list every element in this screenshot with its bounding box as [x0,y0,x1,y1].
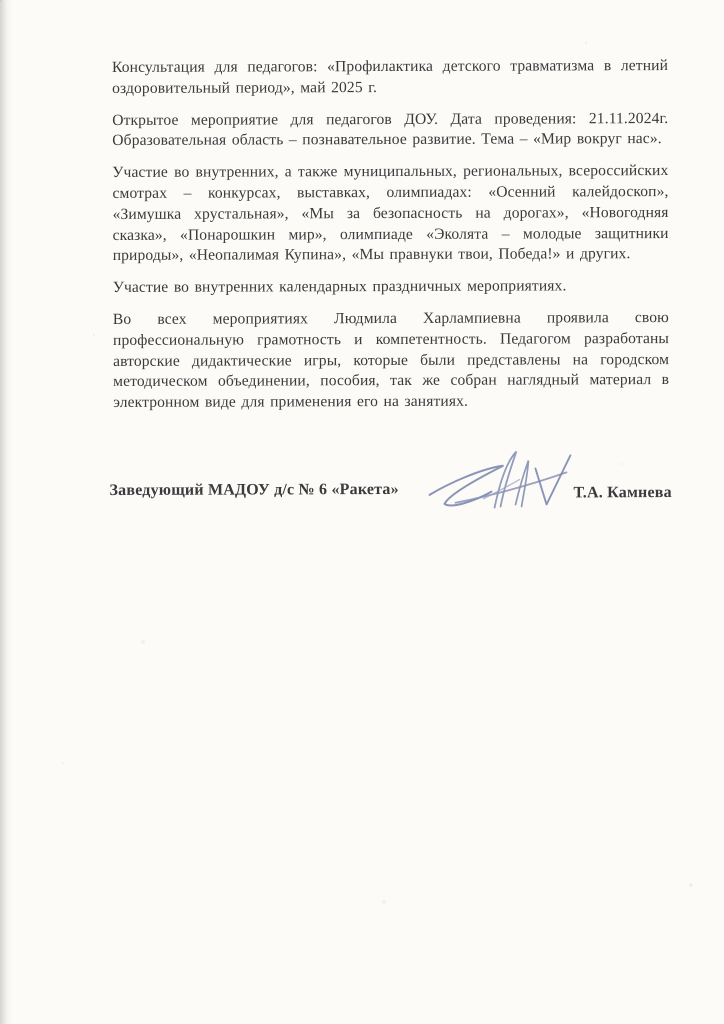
paragraph-calendar-events: Участие во внутренних календарных праздн… [113,276,669,299]
signatory-name: Т.А. Камнева [573,484,671,502]
document-body: Консультация для педагогов: «Профилактик… [112,56,670,540]
signature-block: Заведующий МАДОУ д/с № 6 «Ракета» Т.А. К… [113,448,669,540]
paragraph-competence: Во всех мероприятиях Людмила Харлампиевн… [113,308,669,414]
scan-noise-specks [0,0,2,2]
signatory-position-label: Заведующий МАДОУ д/с № 6 «Ракета» [109,481,398,500]
paragraph-contests: Участие во внутренних, а также муниципал… [112,161,668,267]
paragraph-consultation: Консультация для педагогов: «Профилактик… [112,56,668,100]
scanned-document-page: Консультация для педагогов: «Профилактик… [0,0,724,1024]
paragraph-open-event: Открытое мероприятие для педагогов ДОУ. … [112,109,668,153]
scan-edge-shadow [0,0,12,1024]
handwritten-signature [423,446,575,523]
